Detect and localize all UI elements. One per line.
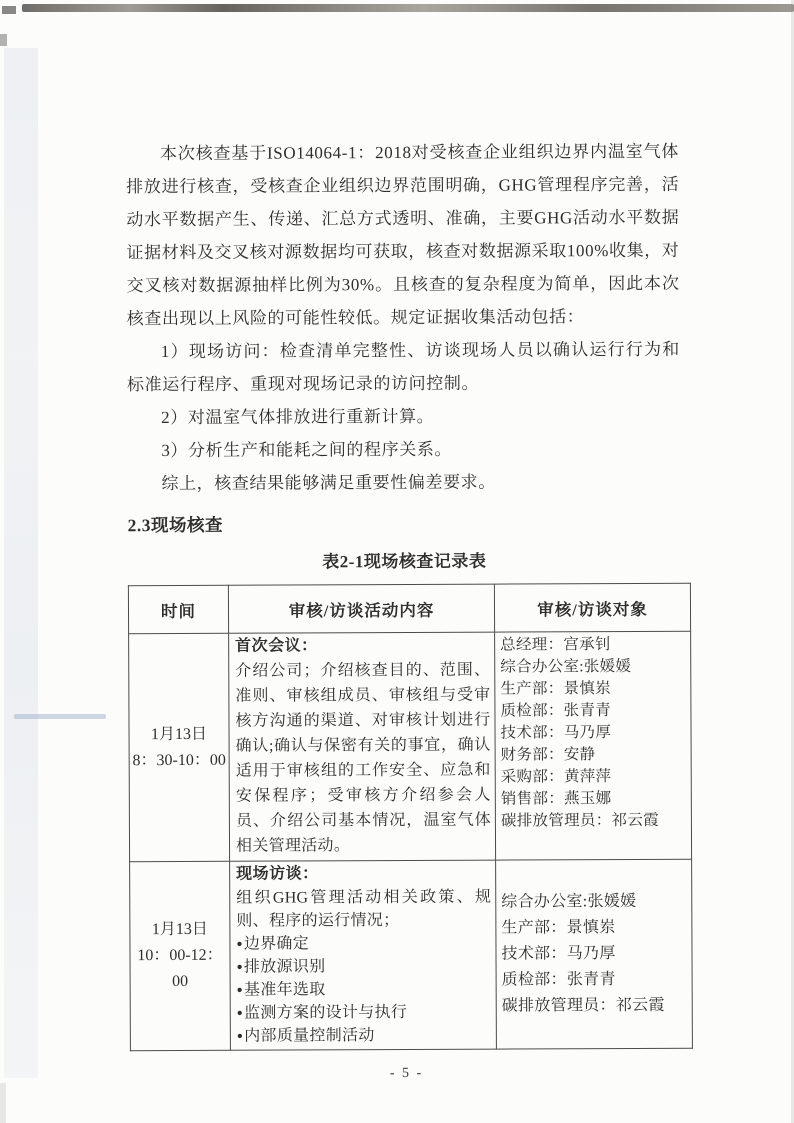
list-item-2: 2）对温室气体排放进行重新计算。 [127, 399, 680, 434]
bullet-item: ●监测方案的设计与执行 [237, 1001, 492, 1025]
interviewee-line: 技术部：马乃厚 [501, 941, 689, 968]
time-date: 1月13日 [132, 917, 227, 943]
bullet-icon: ● [237, 1008, 243, 1019]
list-item-1: 1）现场访问：检查清单完整性、访谈现场人员以确认运行行为和标准运行程序、重现对现… [127, 333, 680, 401]
interviewee-line: 质检部：张青青 [502, 967, 690, 994]
table-caption: 表2-1现场核查记录表 [128, 546, 681, 573]
activity-body: 组织GHG管理活动相关政策、规则、程序的运行情况； [236, 886, 491, 933]
table-row: 1月13日 10：00-12：00 现场访谈： 组织GHG管理活动相关政策、规则… [130, 859, 693, 1050]
col-header-interviewees: 审核/访谈对象 [494, 583, 690, 632]
time-date: 1月13日 [131, 721, 226, 747]
bullet-text: 排放源识别 [244, 958, 326, 975]
activity-title: 现场访谈： [236, 862, 491, 887]
interviewee-line: 综合办公室:张媛媛 [501, 889, 689, 916]
interviewee-line: 生产部：景慎岽 [501, 915, 689, 942]
interviewee-line: 采购部：黄萍萍 [501, 766, 689, 789]
time-range: 8：30-10：00 [132, 747, 227, 773]
interviewee-line: 销售部：燕玉娜 [501, 788, 689, 811]
bullet-text: 边界确定 [244, 935, 309, 952]
bullet-text: 内部质量控制活动 [244, 1027, 374, 1045]
activity-body: 介绍公司；介绍核查目的、范围、准则、审核组成员、审核组与受审核方沟通的渠道、对审… [235, 658, 491, 859]
interviewee-line: 总经理：宫承钊 [500, 634, 688, 657]
time-cell: 1月13日 10：00-12：00 [130, 861, 231, 1050]
body-paragraph-1: 本次核查基于ISO14064-1：2018对受核查企业组织边界内温室气体排放进行… [126, 135, 680, 335]
bullet-icon: ● [237, 1031, 243, 1042]
interviewee-line: 财务部：安静 [501, 744, 689, 767]
time-range: 10：00-12：00 [132, 943, 227, 995]
page-number: - 5 - [130, 1065, 683, 1083]
interviewee-line: 技术部：马乃厚 [500, 722, 688, 745]
scan-artifact-left-dash [14, 714, 106, 719]
interviewee-line: 碳排放管理员：祁云霞 [501, 810, 689, 833]
col-header-activity: 审核/访谈活动内容 [228, 584, 494, 633]
closing-paragraph: 综上，核查结果能够满足重要性偏差要求。 [127, 465, 680, 500]
bullet-item: ●内部质量控制活动 [237, 1024, 492, 1048]
interviewees-cell: 综合办公室:张媛媛 生产部：景慎岽 技术部：马乃厚 质检部：张青青 碳排放管理员… [496, 859, 693, 1049]
interviewee-line: 生产部：景慎岽 [500, 678, 688, 701]
scan-artifact-left-mark [0, 34, 7, 46]
table-row: 1月13日 8：30-10：00 首次会议： 介绍公司；介绍核查目的、范围、准则… [129, 631, 692, 861]
page-content: 本次核查基于ISO14064-1：2018对受核查企业组织边界内温室气体排放进行… [126, 135, 683, 1083]
activity-cell: 首次会议： 介绍公司；介绍核查目的、范围、准则、审核组成员、审核组与受审核方沟通… [229, 632, 496, 861]
activity-cell: 现场访谈： 组织GHG管理活动相关政策、规则、程序的运行情况； ●边界确定 ●排… [230, 860, 497, 1050]
interviewee-line: 碳排放管理员：祁云霞 [502, 993, 690, 1020]
scan-artifact-top-edge [22, 4, 794, 12]
interviewee-line: 综合办公室:张媛媛 [500, 656, 688, 679]
scan-artifact-left-band [4, 48, 38, 1078]
bullet-icon: ● [237, 985, 243, 996]
site-verification-record-table: 时间 审核/访谈活动内容 审核/访谈对象 1月13日 8：30-10：00 首次… [128, 583, 693, 1051]
scan-artifact-corner-mark [2, 6, 16, 14]
bullet-item: ●排放源识别 [237, 955, 492, 979]
time-cell: 1月13日 8：30-10：00 [129, 633, 230, 861]
bullet-item: ●边界确定 [236, 932, 491, 956]
bullet-icon: ● [237, 962, 243, 973]
bullet-text: 基准年选取 [244, 981, 326, 998]
interviewees-cell: 总经理：宫承钊 综合办公室:张媛媛 生产部：景慎岽 质检部：张青青 技术部：马乃… [495, 631, 692, 860]
bullet-text: 监测方案的设计与执行 [244, 1004, 407, 1022]
col-header-time: 时间 [128, 585, 228, 633]
scan-artifact-bottom-left [0, 1083, 6, 1123]
bullet-item: ●基准年选取 [237, 978, 492, 1002]
list-item-3: 3）分析生产和能耗之间的程序关系。 [127, 432, 680, 467]
table-header-row: 时间 审核/访谈活动内容 审核/访谈对象 [128, 583, 690, 633]
interviewee-line: 质检部：张青青 [500, 700, 688, 723]
document-page: 本次核查基于ISO14064-1：2018对受核查企业组织边界内温室气体排放进行… [0, 0, 794, 1123]
section-heading: 2.3现场核查 [128, 510, 681, 537]
activity-title: 首次会议： [235, 634, 490, 659]
bullet-icon: ● [236, 939, 242, 950]
